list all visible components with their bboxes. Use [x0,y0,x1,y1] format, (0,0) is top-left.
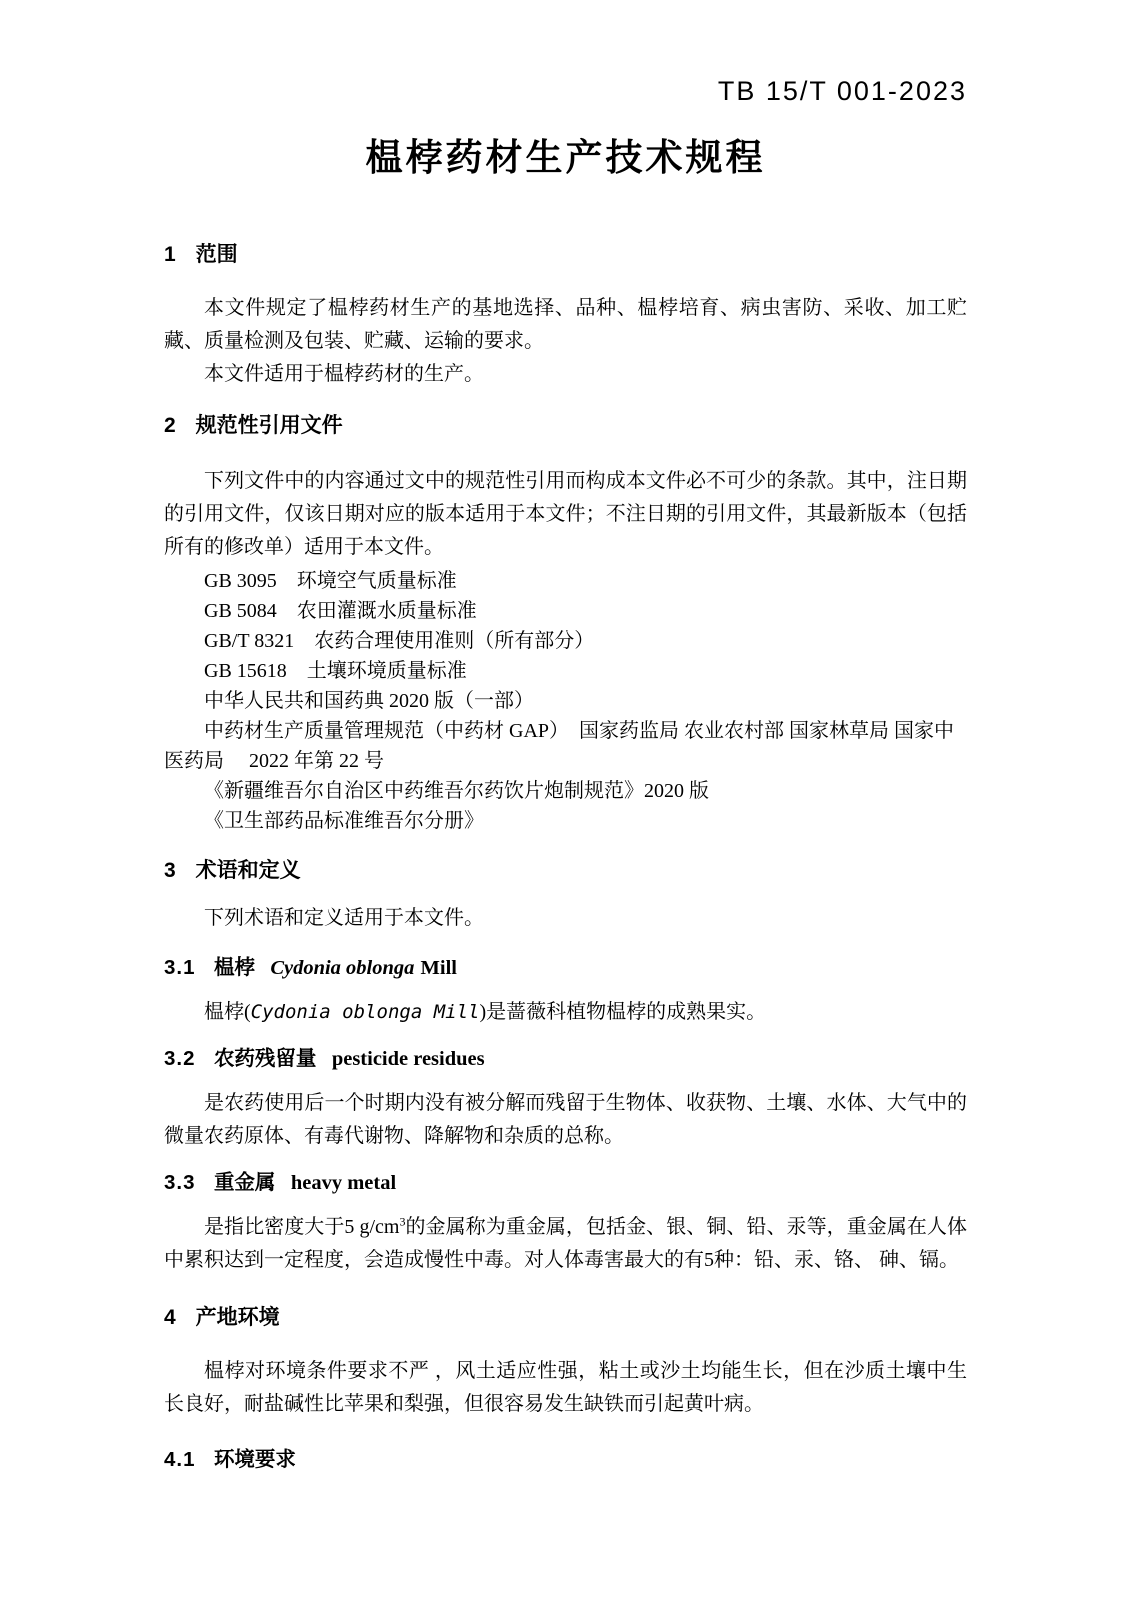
clause-1-paragraph-1: 本文件规定了榅桲药材生产的基地选择、品种、榅桲培育、病虫害防、采收、加工贮藏、质… [164,292,967,358]
reference-item: 《卫生部药品标准维吾尔分册》 [164,806,967,836]
term-3-2-definition: 是农药使用后一个时期内没有被分解而残留于生物体、收获物、土壤、水体、大气中的微量… [164,1087,967,1153]
reference-item: 《新疆维吾尔自治区中药维吾尔药饮片炮制规范》2020 版 [164,776,967,806]
reference-item: GB 3095 环境空气质量标准 [164,566,967,596]
reference-item: 中药材生产质量管理规范（中药材 GAP） 国家药监局 农业农村部 国家林草局 国… [164,716,967,776]
clause-3-intro: 下列术语和定义适用于本文件。 [164,902,967,935]
term-3-3-english: heavy metal [291,1172,396,1194]
normative-references-list: GB 3095 环境空气质量标准 GB 5084 农田灌溉水质量标准 GB/T … [164,566,967,836]
term-3-2-number: 3.2 [164,1047,196,1070]
clause-1-title: 范围 [196,243,238,266]
reference-item: 中华人民共和国药典 2020 版（一部） [164,686,967,716]
standard-document-page: TB 15/T 001-2023 榅桲药材生产技术规程 1范围 本文件规定了榅桲… [0,0,1131,1600]
term-3-1-chinese: 榅桲 [214,956,255,979]
term-3-1-latin-author: Mill [421,957,457,979]
term-3-1-latin-name: Cydonia oblonga [270,957,414,979]
definition-text: 是指比密度大于5 g/cm [204,1216,399,1238]
term-3-1-heading: 3.1榅桲Cydonia oblongaMill [164,953,967,983]
clause-2-title: 规范性引用文件 [196,414,343,437]
definition-text: 榅桲( [204,1001,251,1023]
clause-3-number: 3 [164,859,176,882]
term-3-1-number: 3.1 [164,956,196,979]
subclause-4-1-number: 4.1 [164,1448,196,1471]
clause-2-number: 2 [164,414,176,437]
reference-item: GB/T 8321 农药合理使用准则（所有部分） [164,626,967,656]
term-3-2-heading: 3.2农药残留量pesticide residues [164,1044,967,1074]
clause-4-heading: 4产地环境 [164,1303,967,1333]
term-3-2-english: pesticide residues [332,1048,485,1070]
clause-2-intro: 下列文件中的内容通过文中的规范性引用而构成本文件必不可少的条款。其中，注日期的引… [164,465,967,564]
latin-species-name: Cydonia oblonga Mill [251,1001,480,1023]
clause-3-heading: 3术语和定义 [164,856,967,886]
clause-4-paragraph-1: 榅桲对环境条件要求不严 ，风土适应性强，粘土或沙土均能生长，但在沙质土壤中生长良… [164,1355,967,1421]
clause-1-number: 1 [164,243,176,266]
subclause-4-1-title: 环境要求 [214,1448,296,1471]
reference-item: GB 15618 土壤环境质量标准 [164,656,967,686]
clause-1-heading: 1范围 [164,240,967,270]
clause-3-title: 术语和定义 [196,859,301,882]
subclause-4-1-heading: 4.1环境要求 [164,1445,967,1475]
definition-text: )是蔷薇科植物榅桲的成熟果实。 [479,1001,766,1023]
term-3-3-definition: 是指比密度大于5 g/cm3的金属称为重金属，包括金、银、铜、铅、汞等，重金属在… [164,1211,967,1277]
clause-1-paragraph-2: 本文件适用于榅桲药材的生产。 [164,358,967,391]
document-title: 榅桲药材生产技术规程 [164,134,967,182]
clause-2-heading: 2规范性引用文件 [164,411,967,441]
term-3-3-number: 3.3 [164,1171,196,1194]
standard-number: TB 15/T 001-2023 [164,78,967,104]
clause-4-title: 产地环境 [196,1306,280,1329]
term-3-1-definition: 榅桲(Cydonia oblonga Mill)是蔷薇科植物榅桲的成熟果实。 [164,996,967,1029]
term-3-2-chinese: 农药残留量 [214,1047,317,1070]
term-3-3-chinese: 重金属 [214,1171,276,1194]
clause-4-number: 4 [164,1306,176,1329]
term-3-3-heading: 3.3重金属heavy metal [164,1168,967,1198]
reference-item: GB 5084 农田灌溉水质量标准 [164,596,967,626]
